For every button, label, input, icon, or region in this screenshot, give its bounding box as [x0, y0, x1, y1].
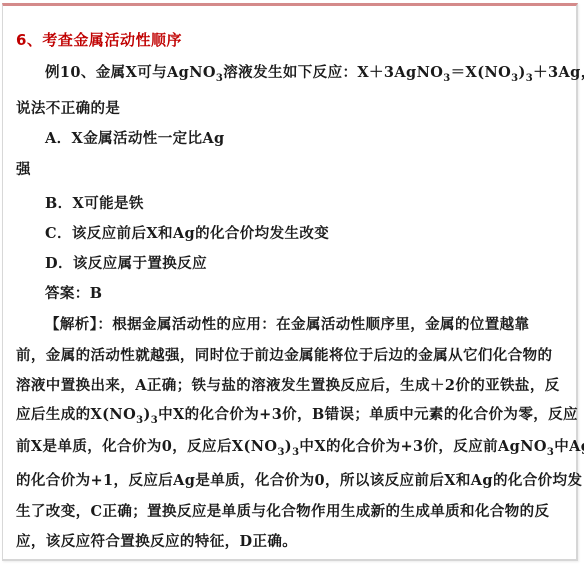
analysis-text: 应后生成的X(NO [16, 406, 136, 423]
analysis-text: 中X的化合价为+3价，反应前AgNO [299, 438, 546, 455]
section-title: 6、考查金属活动性顺序 [16, 29, 182, 50]
option-a: A．X金属活动性一定比Ag [45, 127, 225, 148]
stem-text: ) [519, 64, 526, 81]
subscript: 3 [151, 415, 158, 426]
stem-text: ＝X(NO [451, 64, 512, 81]
content-card: 6、考查金属活动性顺序 例10、金属X可与AgNO3溶液发生如下反应：X＋3Ag… [2, 3, 578, 561]
stem-text: 溶液发生如下反应：X＋3AgNO [223, 64, 443, 81]
analysis-line-5: 前X是单质，化合价为0，反应后X(NO3)3中X的化合价为+3价，反应前AgNO… [16, 435, 584, 458]
subscript: 3 [277, 447, 284, 458]
option-a-wrap: 强 [16, 158, 31, 179]
analysis-line-2: 前，金属的活动性就越强，同时位于前边金属能将位于后边的金属从它们化合物的 [16, 344, 552, 365]
option-d: D．该反应属于置换反应 [45, 252, 207, 273]
analysis-text: ) [143, 406, 150, 423]
analysis-text: 前X是单质，化合价为0，反应后X(NO [16, 438, 277, 455]
analysis-line-4: 应后生成的X(NO3)3中X的化合价为+3价，B错误；单质中元素的化合价为零，反… [16, 403, 578, 426]
answer: 答案：B [45, 282, 102, 303]
analysis-line-7: 生了改变，C正确；置换反应是单质与化合物作用生成新的生成单质和化合物的反 [16, 500, 549, 521]
question-stem-line1: 例10、金属X可与AgNO3溶液发生如下反应：X＋3AgNO3＝X(NO3)3＋… [45, 61, 584, 84]
analysis-line-8: 应，该反应符合置换反应的特征，D正确。 [16, 530, 297, 551]
stem-text: 例10、金属X可与AgNO [45, 64, 216, 81]
analysis-line-1: 【解析】：根据金属活动性的应用：在金属活动性顺序里，金属的位置越靠 [45, 313, 529, 334]
analysis-line-6: 的化合价为+1，反应后Ag是单质，化合价为0，所以该反应前后X和Ag的化合价均发 [16, 469, 582, 490]
analysis-line-3: 溶液中置换出来，A正确；铁与盐的溶液发生置换反应后，生成＋2价的亚铁盐，反 [16, 374, 560, 395]
question-stem-line2: 说法不正确的是 [16, 97, 120, 118]
analysis-text: 中X的化合价为+3价，B错误；单质中元素的化合价为零，反应 [158, 406, 578, 423]
stem-text: ＋3Ag，下列 [533, 64, 584, 81]
subscript: 3 [443, 73, 450, 84]
option-b: B．X可能是铁 [45, 192, 144, 213]
option-c: C．该反应前后X和Ag的化合价均发生改变 [45, 222, 329, 243]
subscript: 3 [511, 73, 518, 84]
analysis-text: ) [285, 438, 292, 455]
analysis-text: 中Ag [554, 438, 584, 455]
